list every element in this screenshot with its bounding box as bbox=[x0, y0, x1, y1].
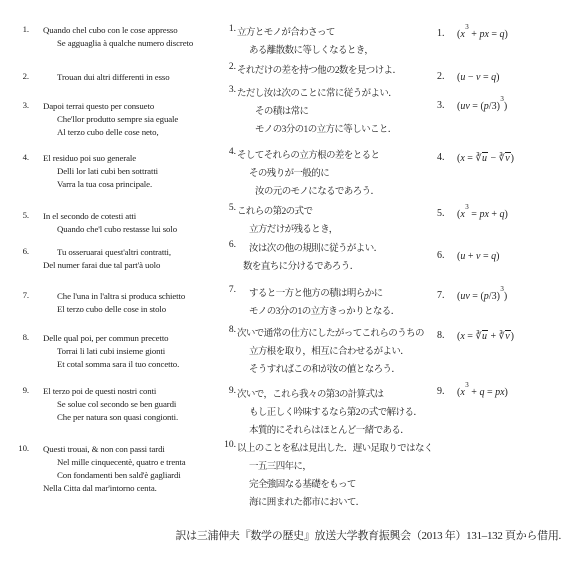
formula-item: 5.(x3 = px + q) bbox=[437, 208, 564, 222]
item-number: 9. bbox=[437, 386, 449, 397]
variable: v bbox=[476, 72, 480, 83]
item-number: 4. bbox=[224, 147, 236, 157]
verse-line: ただし汝は次のことに常に従うがよい． bbox=[237, 85, 429, 103]
verse-line: In el secondo de cotesti atti bbox=[43, 210, 230, 223]
radicand: u bbox=[482, 152, 489, 164]
variable: q bbox=[500, 209, 505, 220]
japanese-verse-item: 6.汝は次の他の規則に従うがよい．数を直ちに分けるであろう． bbox=[224, 240, 429, 276]
verse-line: 一五三四年に， bbox=[249, 458, 429, 476]
item-number: 5. bbox=[437, 208, 449, 219]
japanese-verse-item: 9.次いで，これら我々の第3の計算式はもし正しく吟味するなら第2の式で解ける．本… bbox=[224, 386, 429, 440]
japanese-verse-item: 5.これらの第2の式で立方だけが残るとき， bbox=[224, 203, 429, 239]
verse-line: その残りが一般的に bbox=[249, 165, 429, 183]
item-number: 1. bbox=[15, 24, 29, 34]
cube-root: ∛v bbox=[499, 330, 511, 342]
verse-line: Varra la tua cosa principale. bbox=[57, 178, 230, 191]
item-number: 3. bbox=[437, 100, 449, 111]
italian-verse-item: 5.In el secondo de cotesti attiQuando ch… bbox=[15, 210, 230, 236]
variable: p bbox=[484, 291, 489, 302]
item-number: 4. bbox=[437, 152, 449, 163]
item-number: 5. bbox=[15, 210, 29, 220]
verse-line: 汝は次の他の規則に従うがよい． bbox=[249, 240, 429, 258]
verse-line: 完全強固なる基礎をもって bbox=[249, 476, 429, 494]
variable: u bbox=[460, 72, 465, 83]
formula: (u + v = q) bbox=[457, 250, 564, 264]
japanese-verse-item: 1.立方とモノが合わさってある離散数に等しくなるとき， bbox=[224, 24, 429, 60]
verse-line: Quando che'l cubo restasse lui solo bbox=[57, 223, 230, 236]
verse-line: その積は常に bbox=[255, 103, 429, 121]
cube-root: ∛u bbox=[475, 152, 488, 164]
verse-line: El terzo cubo delle cose in stolo bbox=[57, 303, 230, 316]
variable: v bbox=[465, 291, 469, 302]
japanese-verse-item: 4.そしてそれらの立方根の差をとるとその残りが一般的に汝の元のモノになるであろう… bbox=[224, 147, 429, 201]
item-number: 9. bbox=[15, 385, 29, 395]
radical-sign-icon: ∛ bbox=[475, 153, 481, 164]
item-number: 6. bbox=[15, 246, 29, 256]
verse-line: Che per natura son quasi congionti. bbox=[57, 411, 230, 424]
formula: (x = ∛u + ∛v) bbox=[457, 330, 564, 344]
italian-verse-item: 7.Che l'una in l'altra si produca schiet… bbox=[15, 290, 230, 316]
verse-line: モノの3分の1の立方に等しいこと． bbox=[255, 121, 429, 139]
variable: u bbox=[482, 331, 487, 342]
verse-line: 本質的にそれらはほとんど一緒である． bbox=[249, 422, 429, 440]
verse-line: Che l'una in l'altra si produca schietto bbox=[57, 290, 230, 303]
radicand: v bbox=[505, 152, 511, 164]
verse-line: 汝の元のモノになるであろう． bbox=[255, 183, 429, 201]
superscript: 3 bbox=[500, 95, 504, 103]
item-number: 5. bbox=[224, 203, 236, 213]
japanese-verse-item: 10.以上のことを私は見出した．遅い足取りではなく一五三四年に，完全強固なる基礎… bbox=[224, 440, 429, 512]
item-number: 1. bbox=[437, 28, 449, 39]
item-number: 1. bbox=[224, 24, 236, 34]
italian-verse-item: 3.Dapoi terrai questo per consuetoChe'll… bbox=[15, 100, 230, 139]
variable: p bbox=[484, 101, 489, 112]
item-number: 6. bbox=[437, 250, 449, 261]
formula: (x3 + q = px) bbox=[457, 386, 564, 400]
item-number: 7. bbox=[15, 290, 29, 300]
item-number: 9. bbox=[224, 386, 236, 396]
italian-verse-item: 2.Trouan dui altri differenti in esso bbox=[15, 71, 230, 84]
formula-item: 6.(u + v = q) bbox=[437, 250, 564, 264]
item-number: 3. bbox=[224, 85, 236, 95]
variable: x bbox=[460, 331, 464, 342]
item-number: 7. bbox=[437, 290, 449, 301]
formula: (x3 + px = q) bbox=[457, 28, 564, 42]
japanese-verse-item: 2.それだけの差を持つ他の2数を見つけよ． bbox=[224, 62, 429, 80]
formula: (uv = (p/3)3) bbox=[457, 100, 564, 114]
formula-column: 1.(x3 + px = q)2.(u − v = q)3.(uv = (p/3… bbox=[437, 0, 564, 566]
variable: x bbox=[484, 29, 488, 40]
italian-verse-item: 1.Quando chel cubo con le cose appressoS… bbox=[15, 24, 230, 50]
verse-line: ある離散数に等しくなるとき， bbox=[249, 42, 429, 60]
item-number: 4. bbox=[15, 152, 29, 162]
verse-line: Delle qual poi, per commun precetto bbox=[43, 332, 230, 345]
verse-line: 立方とモノが合わさって bbox=[237, 24, 429, 42]
variable: q bbox=[479, 387, 484, 398]
verse-line: 次いで，これら我々の第3の計算式は bbox=[237, 386, 429, 404]
variable: v bbox=[505, 153, 509, 164]
verse-line: Con fondamenti ben sald'è gagliardi bbox=[57, 469, 230, 482]
formula-item: 4.(x = ∛u − ∛v) bbox=[437, 152, 564, 166]
verse-line: Se agguaglia à qualche numero discreto bbox=[57, 37, 230, 50]
variable: q bbox=[491, 72, 496, 83]
verse-line: それだけの差を持つ他の2数を見つけよ． bbox=[237, 62, 429, 80]
formula: (x = ∛u − ∛v) bbox=[457, 152, 564, 166]
item-number: 10. bbox=[224, 440, 236, 450]
citation: 訳は三浦伸夫『数学の歴史』放送大学教育振興会（2013 年）131–132 頁か… bbox=[100, 527, 561, 543]
variable: x bbox=[500, 387, 504, 398]
verse-line: Trouan dui altri differenti in esso bbox=[57, 71, 230, 84]
verse-line: 海に囲まれた都市において． bbox=[249, 494, 429, 512]
cube-root: ∛u bbox=[475, 330, 488, 342]
verse-line: もし正しく吟味するなら第2の式で解ける． bbox=[249, 404, 429, 422]
cube-root: ∛v bbox=[499, 152, 511, 164]
variable: x bbox=[460, 153, 464, 164]
verse-line: 数を直ちに分けるであろう． bbox=[243, 258, 429, 276]
italian-verse-column: 1.Quando chel cubo con le cose appressoS… bbox=[15, 0, 230, 566]
variable: u bbox=[482, 153, 487, 164]
radical-sign-icon: ∛ bbox=[499, 153, 505, 164]
verse-line: そしてそれらの立方根の差をとると bbox=[237, 147, 429, 165]
variable: v bbox=[505, 331, 509, 342]
page: 1.Quando chel cubo con le cose appressoS… bbox=[0, 0, 566, 566]
verse-line: El terzo poi de questi nostri conti bbox=[43, 385, 230, 398]
japanese-verse-item: 8.次いで通常の仕方にしたがってこれらのうちの立方根を取り，相互に合わせるがよい… bbox=[224, 325, 429, 379]
item-number: 2. bbox=[437, 71, 449, 82]
japanese-translation-column: 1.立方とモノが合わさってある離散数に等しくなるとき，2.それだけの差を持つ他の… bbox=[224, 0, 429, 566]
verse-line: Tu osseruarai quest'altri contratti, bbox=[57, 246, 230, 259]
verse-line: 次いで通常の仕方にしたがってこれらのうちの bbox=[237, 325, 429, 343]
variable: u bbox=[460, 251, 465, 262]
verse-line: Torrai li lati cubi insieme gionti bbox=[57, 345, 230, 358]
italian-verse-item: 10.Questi trouai, & non con passi tardiN… bbox=[15, 443, 230, 495]
variable: x bbox=[484, 209, 488, 220]
radicand: v bbox=[505, 330, 511, 342]
item-number: 2. bbox=[224, 62, 236, 72]
formula: (uv = (p/3)3) bbox=[457, 290, 564, 304]
radical-sign-icon: ∛ bbox=[499, 331, 505, 342]
variable: v bbox=[465, 101, 469, 112]
verse-line: 立方根を取り，相互に合わせるがよい． bbox=[249, 343, 429, 361]
italian-verse-item: 4.El residuo poi suo generaleDelli lor l… bbox=[15, 152, 230, 191]
item-number: 3. bbox=[15, 100, 29, 110]
item-number: 8. bbox=[437, 330, 449, 341]
item-number: 8. bbox=[15, 332, 29, 342]
verse-line: Che'llor produtto sempre sia eguale bbox=[57, 113, 230, 126]
item-number: 6. bbox=[224, 240, 236, 250]
item-number: 10. bbox=[15, 443, 29, 453]
verse-line: Questi trouai, & non con passi tardi bbox=[43, 443, 230, 456]
formula-item: 3.(uv = (p/3)3) bbox=[437, 100, 564, 114]
superscript: 3 bbox=[465, 203, 469, 211]
verse-line: 以上のことを私は見出した．遅い足取りではなく bbox=[237, 440, 429, 458]
radical-sign-icon: ∛ bbox=[475, 331, 481, 342]
formula-item: 8.(x = ∛u + ∛v) bbox=[437, 330, 564, 344]
japanese-verse-item: 7.すると一方と他方の積は明らかにモノの3分の1の立方きっかりとなる． bbox=[224, 285, 429, 321]
italian-verse-item: 6.Tu osseruarai quest'altri contratti,De… bbox=[15, 246, 230, 272]
verse-line: Nella Citta dal mar'intorno centa. bbox=[43, 482, 230, 495]
verse-line: 立方だけが残るとき， bbox=[249, 221, 429, 239]
radicand: u bbox=[482, 330, 489, 342]
formula-item: 7.(uv = (p/3)3) bbox=[437, 290, 564, 304]
verse-line: モノの3分の1の立方きっかりとなる． bbox=[249, 303, 429, 321]
verse-line: Et cotal somma sara il tuo concetto. bbox=[57, 358, 230, 371]
superscript: 3 bbox=[500, 285, 504, 293]
italian-verse-item: 8.Delle qual poi, per commun precettoTor… bbox=[15, 332, 230, 371]
variable: v bbox=[476, 251, 480, 262]
verse-line: Quando chel cubo con le cose appresso bbox=[43, 24, 230, 37]
verse-line: すると一方と他方の積は明らかに bbox=[249, 285, 429, 303]
formula-item: 9.(x3 + q = px) bbox=[437, 386, 564, 400]
japanese-verse-item: 3.ただし汝は次のことに常に従うがよい．その積は常にモノの3分の1の立方に等しい… bbox=[224, 85, 429, 139]
italian-verse-item: 9.El terzo poi de questi nostri contiSe … bbox=[15, 385, 230, 424]
verse-line: Del numer farai due tal part'à uolo bbox=[43, 259, 230, 272]
item-number: 7. bbox=[224, 285, 236, 295]
variable: q bbox=[491, 251, 496, 262]
superscript: 3 bbox=[465, 381, 469, 389]
variable: q bbox=[500, 29, 505, 40]
item-number: 8. bbox=[224, 325, 236, 335]
verse-line: Se solue col secondo se ben guardi bbox=[57, 398, 230, 411]
formula: (x3 = px + q) bbox=[457, 208, 564, 222]
verse-line: El residuo poi suo generale bbox=[43, 152, 230, 165]
item-number: 2. bbox=[15, 71, 29, 81]
formula-item: 1.(x3 + px = q) bbox=[437, 28, 564, 42]
verse-line: Delli lor lati cubi ben sottratti bbox=[57, 165, 230, 178]
formula-item: 2.(u − v = q) bbox=[437, 71, 564, 85]
verse-line: そうすればこの和が汝の値となろう． bbox=[249, 361, 429, 379]
verse-line: Nel mille cinquecentè, quatro e trenta bbox=[57, 456, 230, 469]
verse-line: Dapoi terrai questo per consueto bbox=[43, 100, 230, 113]
verse-line: Al terzo cubo delle cose neto, bbox=[57, 126, 230, 139]
superscript: 3 bbox=[465, 23, 469, 31]
verse-line: これらの第2の式で bbox=[237, 203, 429, 221]
formula: (u − v = q) bbox=[457, 71, 564, 85]
